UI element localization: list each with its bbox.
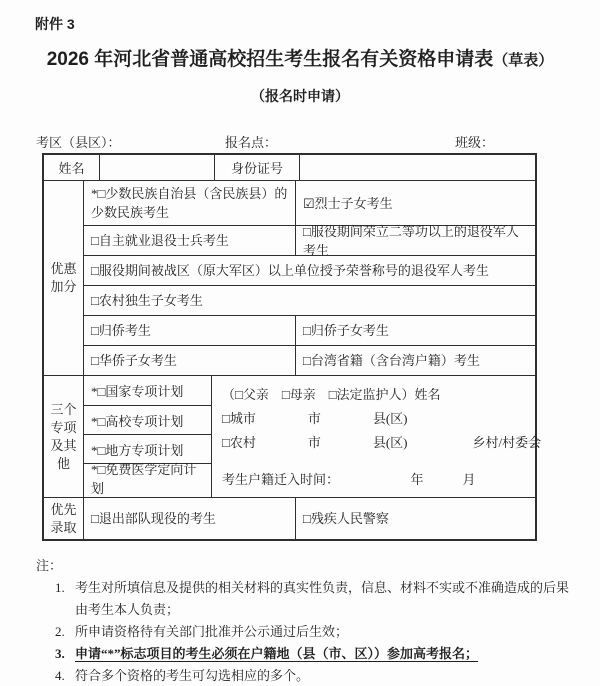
checkbox-option-returned-overseas-chinese[interactable]: □归侨考生 — [84, 316, 295, 345]
checkbox-option-honorary-title-veteran[interactable]: □服役期间被战区（原大军区）以上单位授予荣誉称号的退役军人考生 — [84, 256, 535, 285]
checkbox-option-self-employed-veteran[interactable]: □自主就业退役士兵考生 — [84, 226, 295, 255]
checkbox-option-rural-line[interactable]: □农村 市 县(区) 乡村/村委会 — [222, 431, 541, 455]
attachment-label: 附件 3 — [35, 14, 600, 34]
priority-admission-section: 优先 录取 □退出部队现役的考生 □残疾人民警察 — [44, 497, 535, 539]
form-title: 2026 年河北省普通高校招生考生报名有关资格申请表（草表） — [0, 48, 600, 73]
checkbox-option-retired-military[interactable]: □退出部队现役的考生 — [84, 498, 295, 539]
checkbox-option-second-class-merit-veteran[interactable]: □服役期间荣立二等功以上的退役军人考生 — [295, 226, 535, 255]
table-row: □退出部队现役的考生 □残疾人民警察 — [84, 498, 535, 539]
checkbox-option-national-special-plan[interactable]: *□国家专项计划 — [84, 376, 211, 405]
table-row: □农村独生子女考生 — [84, 285, 535, 315]
checkbox-option-urban-line[interactable]: □城市 市 县(区) — [222, 407, 541, 431]
bonus-section-label: 优惠 加分 — [44, 181, 84, 375]
checkbox-option-taiwan-candidate[interactable]: □台湾省籍（含台湾户籍）考生 — [295, 346, 535, 375]
table-row: □华侨子女考生 □台湾省籍（含台湾户籍）考生 — [84, 345, 535, 375]
form-title-main: 2026 年河北省普通高校招生考生报名有关资格申请表 — [47, 49, 494, 70]
note-text: 所申请资格待有关部门批准并公示通过后生效； — [75, 621, 570, 643]
checkbox-option-returned-overseas-chinese-child[interactable]: □归侨子女考生 — [295, 316, 535, 345]
id-number-input-cell[interactable] — [299, 155, 535, 180]
qualification-table: 姓名 身份证号 优惠 加分 *□少数民族自治县（含民族县）的少数民族考生 ☑烈士… — [42, 153, 537, 541]
class-label: 班级： — [455, 132, 494, 150]
checkbox-option-free-medical-directed-plan[interactable]: *□免费医学定向计划 — [84, 463, 211, 492]
checkbox-option-university-special-plan[interactable]: *□高校专项计划 — [84, 405, 211, 434]
household-move-in-date-line[interactable]: 考生户籍迁入时间： 年 月 — [222, 468, 541, 492]
note-item-1: 1. 考生对所填信息及提供的相关材料的真实性负责，信息、材料不实或不准确造成的后… — [55, 577, 600, 621]
note-number: 2. — [55, 621, 75, 643]
priority-section-label: 优先 录取 — [44, 498, 84, 539]
special-plans-column: *□国家专项计划 *□高校专项计划 *□地方专项计划 *□免费医学定向计划 — [84, 376, 212, 497]
identity-row: 姓名 身份证号 — [44, 155, 535, 180]
name-input-cell[interactable] — [99, 155, 214, 180]
registration-point-label: 报名点： — [225, 132, 455, 150]
checkbox-option-rural-only-child[interactable]: □农村独生子女考生 — [84, 286, 535, 315]
checkbox-option-disabled-police[interactable]: □残疾人民警察 — [295, 498, 535, 539]
name-label: 姓名 — [44, 155, 99, 180]
id-number-label: 身份证号 — [214, 155, 299, 180]
note-item-2: 2. 所申请资格待有关部门批准并公示通过后生效； — [55, 621, 600, 643]
note-text: 考生对所填信息及提供的相关材料的真实性负责，信息、材料不实或不准确造成的后果由考… — [75, 577, 570, 621]
notes-label: 注： — [36, 555, 600, 577]
household-detail-cell: （□父亲 □母亲 □法定监护人）姓名 □城市 市 县(区) □农村 市 县(区)… — [212, 376, 551, 497]
header-fields: 考区（县区）： 报名点： 班级： — [36, 132, 600, 150]
note-number: 3. — [55, 643, 75, 665]
notes-section: 注： 1. 考生对所填信息及提供的相关材料的真实性负责，信息、材料不实或不准确造… — [36, 555, 600, 686]
bonus-points-section: 优惠 加分 *□少数民族自治县（含民族县）的少数民族考生 ☑烈士子女考生 □自主… — [44, 180, 535, 375]
guardian-name-line[interactable]: （□父亲 □母亲 □法定监护人）姓名 — [222, 383, 541, 407]
table-row: □服役期间被战区（原大军区）以上单位授予荣誉称号的退役军人考生 — [84, 255, 535, 285]
checkbox-option-minority-candidate[interactable]: *□少数民族自治县（含民族县）的少数民族考生 — [84, 181, 295, 225]
note-number: 1. — [55, 577, 75, 621]
note-item-3: 3. 申请“*”标志项目的考生必须在户籍地（县（市、区））参加高考报名； — [55, 643, 600, 665]
note-text: 符合多个资格的考生可勾选相应的多个。 — [75, 665, 570, 686]
special-plans-section: 三个 专项 及其 他 *□国家专项计划 *□高校专项计划 *□地方专项计划 *□… — [44, 375, 535, 497]
form-title-suffix: （草表） — [493, 52, 553, 69]
note-number: 4. — [55, 665, 75, 686]
exam-area-label: 考区（县区）： — [36, 132, 225, 150]
form-page: 附件 3 2026 年河北省普通高校招生考生报名有关资格申请表（草表） （报名时… — [0, 0, 600, 686]
note-text: 申请“*”标志项目的考生必须在户籍地（县（市、区））参加高考报名； — [75, 643, 570, 665]
checkbox-option-overseas-chinese-child[interactable]: □华侨子女考生 — [84, 346, 295, 375]
special-section-label: 三个 专项 及其 他 — [44, 376, 84, 497]
table-row: *□国家专项计划 *□高校专项计划 *□地方专项计划 *□免费医学定向计划 （□… — [84, 376, 535, 497]
table-row: *□少数民族自治县（含民族县）的少数民族考生 ☑烈士子女考生 — [84, 181, 535, 225]
table-row: □归侨考生 □归侨子女考生 — [84, 315, 535, 345]
note-item-4: 4. 符合多个资格的考生可勾选相应的多个。 — [55, 665, 600, 686]
form-subtitle: （报名时申请） — [0, 86, 600, 106]
table-row: □自主就业退役士兵考生 □服役期间荣立二等功以上的退役军人考生 — [84, 225, 535, 255]
checkbox-option-martyr-child-checked[interactable]: ☑烈士子女考生 — [295, 181, 535, 225]
